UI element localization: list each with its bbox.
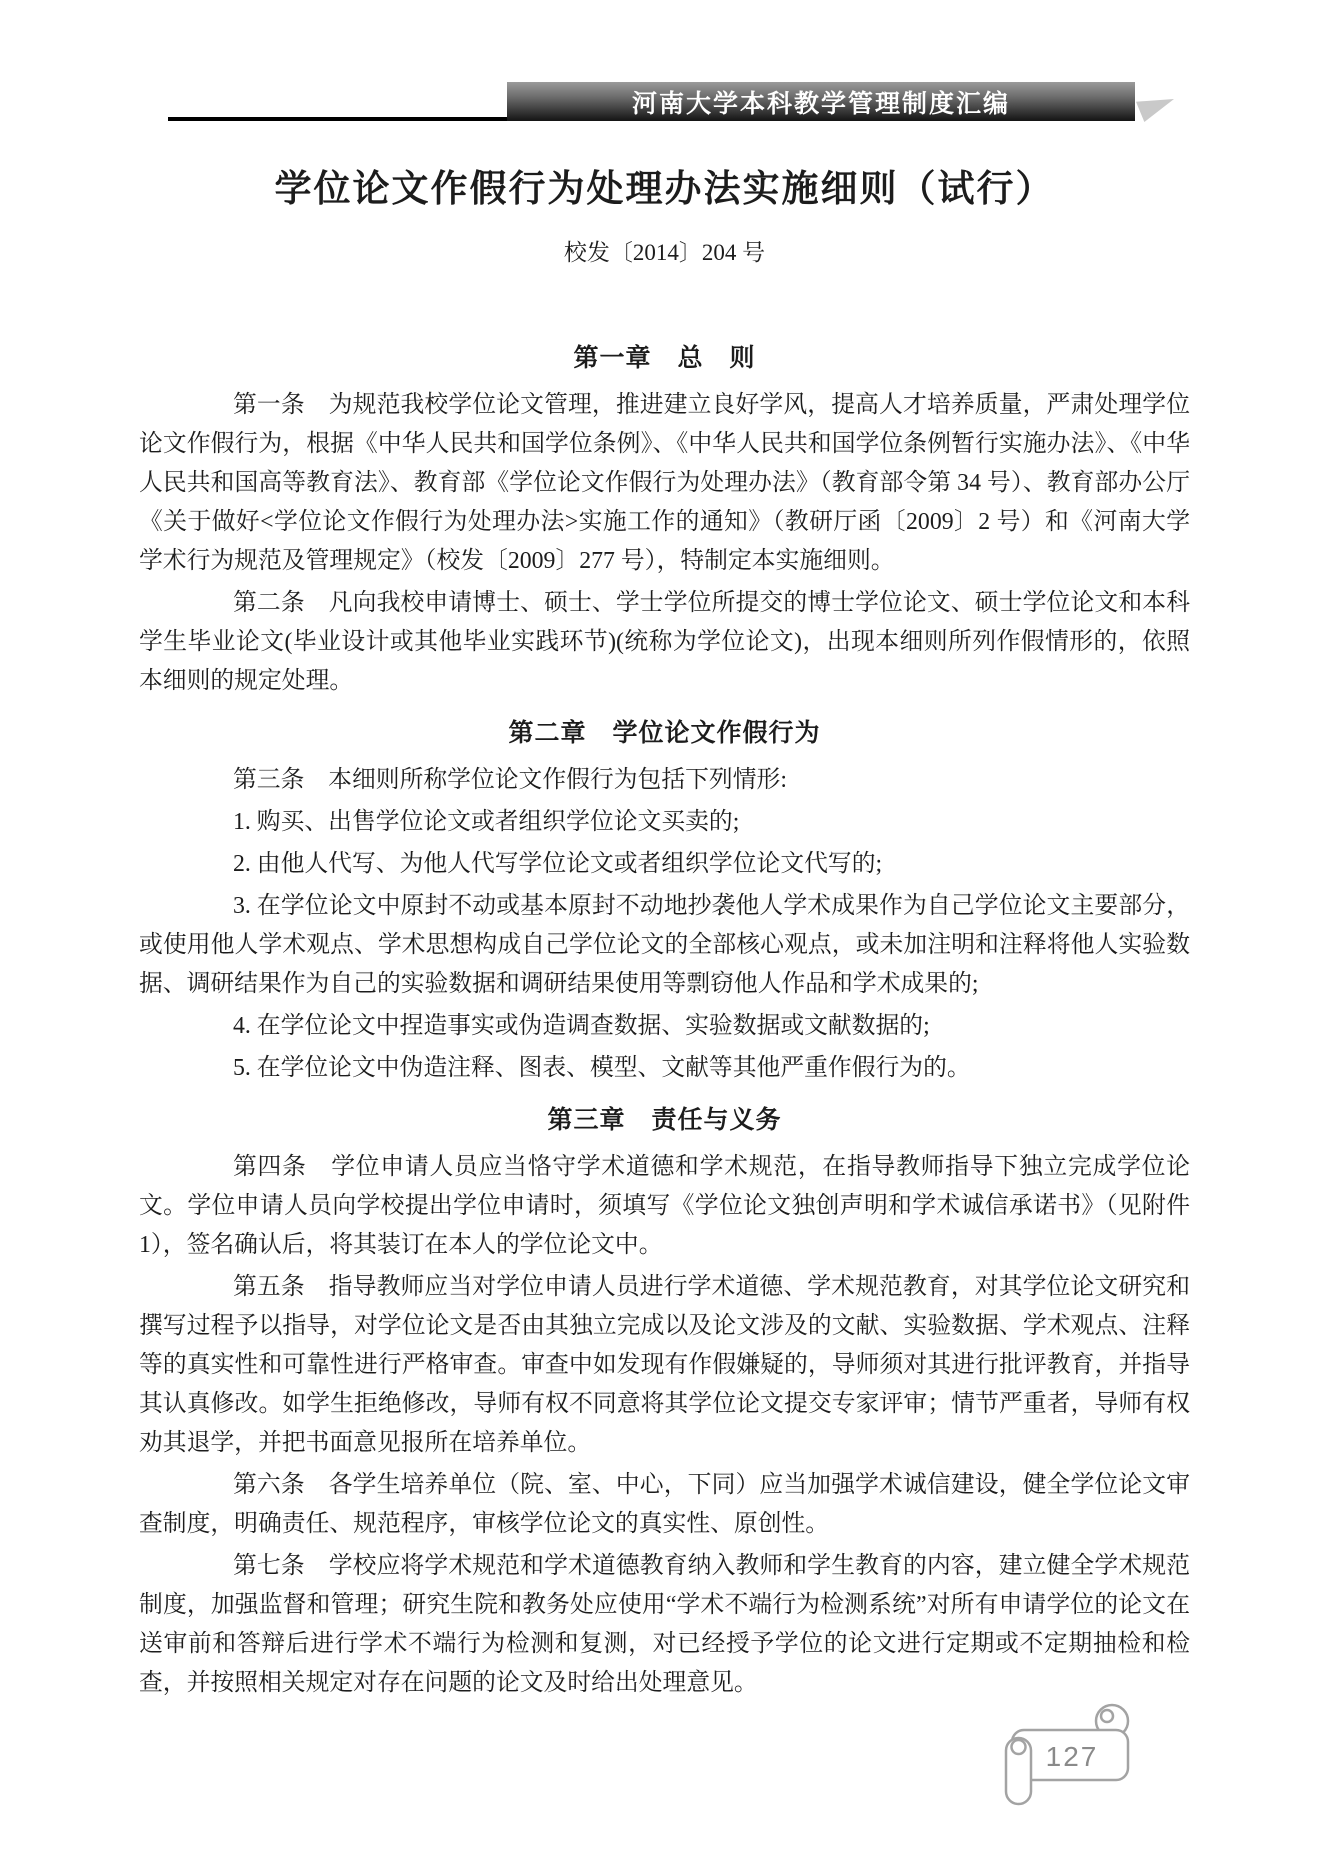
paragraph: 第一条 为规范我校学位论文管理，推进建立良好学风，提高人才培养质量，严肃处理学位… [139, 386, 1190, 581]
paragraph: 3. 在学位论文中原封不动或基本原封不动地抄袭他人学术成果作为自己学位论文主要部… [139, 887, 1190, 1004]
chapter-1: 第一章 总 则 第一条 为规范我校学位论文管理，推进建立良好学风，提高人才培养质… [139, 338, 1190, 701]
chapter-1-heading: 第一章 总 则 [139, 338, 1190, 378]
paragraph: 第三条 本细则所称学位论文作假行为包括下列情形: [139, 761, 1190, 800]
scroll-banner-graphic: 127 [1000, 1698, 1150, 1816]
document-title: 学位论文作假行为处理办法实施细则（试行） [139, 167, 1190, 213]
chapter-3-heading: 第三章 责任与义务 [139, 1100, 1190, 1140]
paragraph: 第二条 凡向我校申请博士、硕士、学士学位所提交的博士学位论文、硕士学位论文和本科… [139, 584, 1190, 701]
paragraph: 第七条 学校应将学术规范和学术道德教育纳入教师和学生教育的内容，建立健全学术规范… [139, 1547, 1190, 1703]
paragraph: 4. 在学位论文中捏造事实或伪造调查数据、实验数据或文献数据的; [139, 1007, 1190, 1046]
document-body: 学位论文作假行为处理办法实施细则（试行） 校发〔2014〕204 号 第一章 总… [0, 125, 1323, 1706]
paragraph: 1. 购买、出售学位论文或者组织学位论文买卖的; [139, 803, 1190, 842]
paragraph: 5. 在学位论文中伪造注释、图表、模型、文献等其他严重作假行为的。 [139, 1049, 1190, 1088]
page-number: 127 [1046, 1741, 1099, 1772]
page-header: 河南大学本科教学管理制度汇编 [0, 0, 1323, 125]
banner-arrow-icon [1136, 99, 1174, 122]
page-number-scroll-icon: 127 [1000, 1698, 1150, 1816]
chapter-2-heading: 第二章 学位论文作假行为 [139, 713, 1190, 753]
header-banner-text: 河南大学本科教学管理制度汇编 [632, 84, 1010, 120]
paragraph: 第五条 指导教师应当对学位申请人员进行学术道德、学术规范教育，对其学位论文研究和… [139, 1268, 1190, 1463]
header-banner: 河南大学本科教学管理制度汇编 [507, 82, 1135, 121]
document-page: 河南大学本科教学管理制度汇编 学位论文作假行为处理办法实施细则（试行） 校发〔2… [0, 0, 1323, 1871]
chapter-3: 第三章 责任与义务 第四条 学位申请人员应当恪守学术道德和学术规范，在指导教师指… [139, 1100, 1190, 1703]
chapter-2: 第二章 学位论文作假行为 第三条 本细则所称学位论文作假行为包括下列情形: 1.… [139, 713, 1190, 1088]
paragraph: 第四条 学位申请人员应当恪守学术道德和学术规范，在指导教师指导下独立完成学位论文… [139, 1148, 1190, 1265]
doc-number: 校发〔2014〕204 号 [139, 238, 1190, 268]
paragraph: 2. 由他人代写、为他人代写学位论文或者组织学位论文代写的; [139, 845, 1190, 884]
paragraph: 第六条 各学生培养单位（院、室、中心，下同）应当加强学术诚信建设，健全学位论文审… [139, 1466, 1190, 1544]
